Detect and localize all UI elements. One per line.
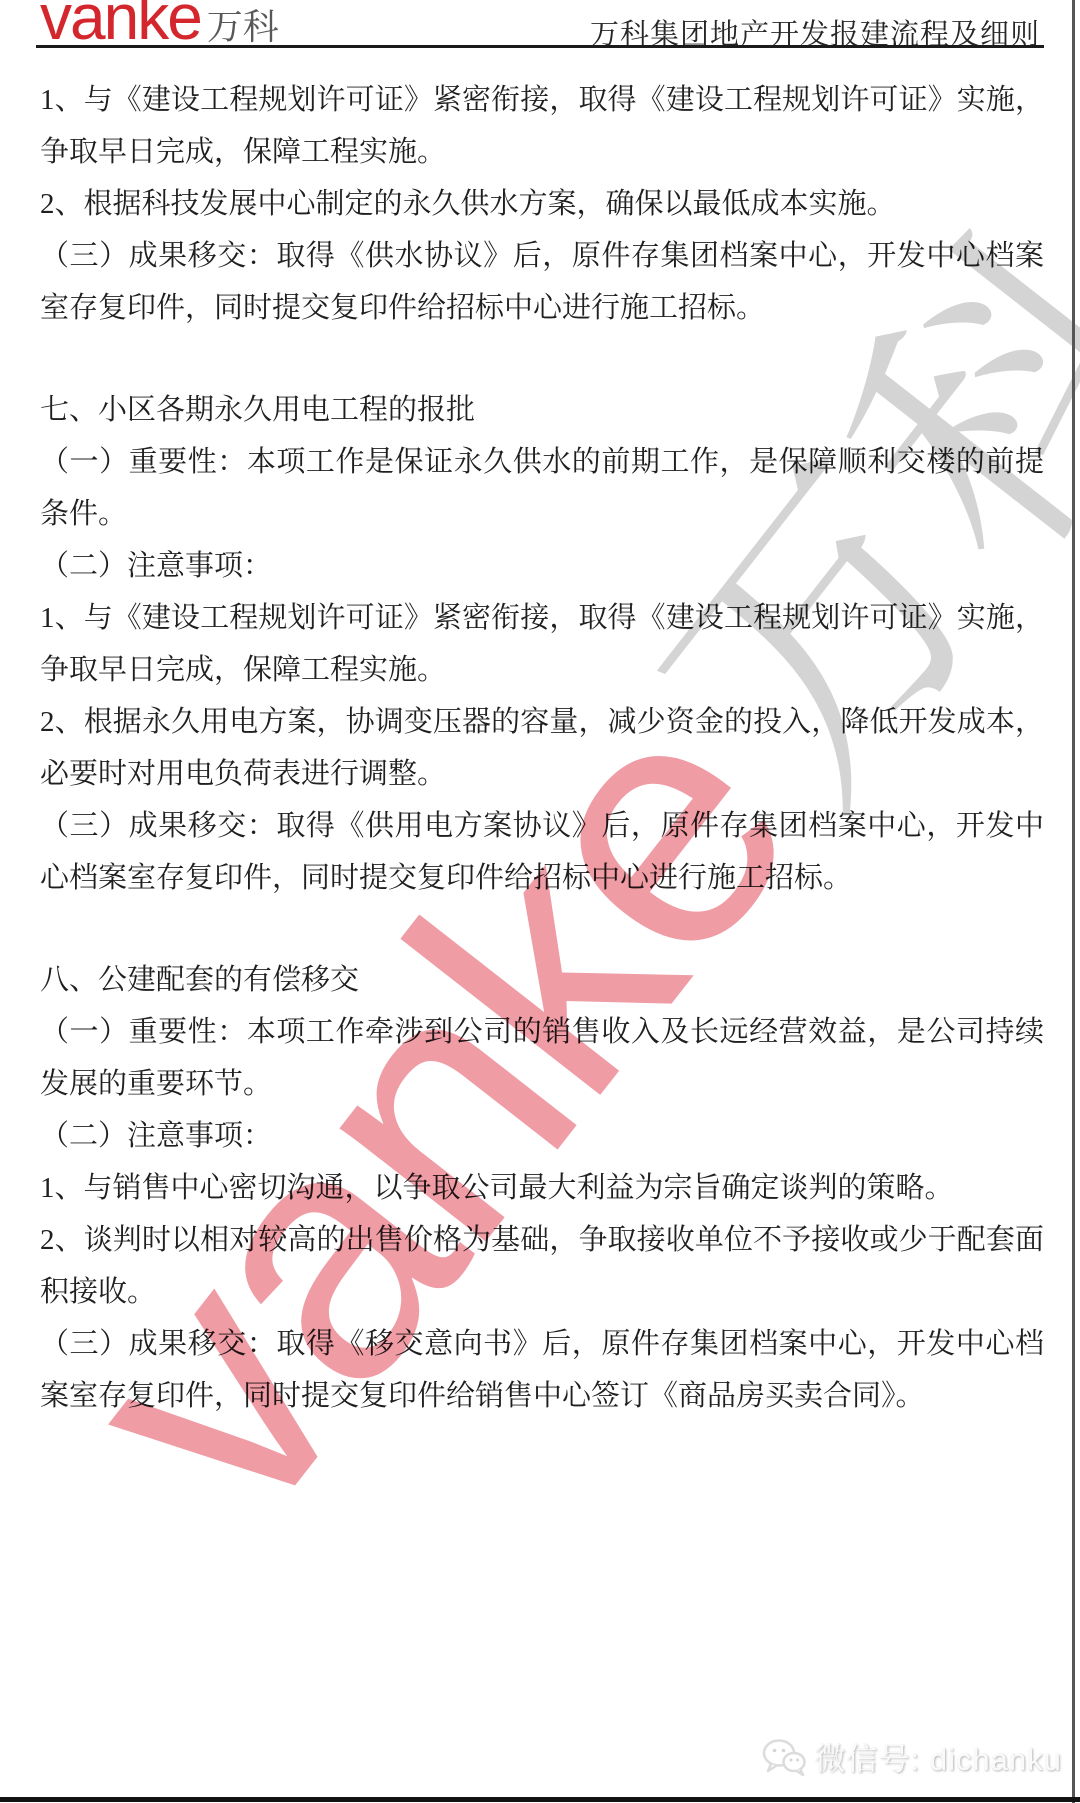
wechat-watermark: 微信号: dichanku — [761, 1734, 1062, 1779]
wechat-icon — [761, 1737, 807, 1777]
bottom-edge-border — [0, 1797, 1080, 1802]
logo-text-cjk: 万科 — [207, 6, 279, 47]
section-heading: 八、公建配套的有偿移交 — [40, 954, 1044, 1006]
paragraph: 2、根据科技发展中心制定的永久供水方案，确保以最低成本实施。 — [40, 178, 1044, 230]
paragraph: 2、根据永久用电方案，协调变压器的容量，减少资金的投入，降低开发成本，必要时对用… — [40, 696, 1044, 800]
paragraph: （三）成果移交：取得《移交意向书》后，原件存集团档案中心，开发中心档案室存复印件… — [40, 1318, 1044, 1422]
document-page: vanke万科 万科集团地产开发报建流程及细则 1、与《建设工程规划许可证》紧密… — [0, 0, 1080, 1803]
paragraph: 2、谈判时以相对较高的出售价格为基础，争取接收单位不予接收或少于配套面积接收。 — [40, 1214, 1044, 1318]
document-body: 1、与《建设工程规划许可证》紧密衔接，取得《建设工程规划许可证》实施，争取早日完… — [40, 74, 1044, 1422]
paragraph: （一）重要性：本项工作是保证永久供水的前期工作，是保障顺利交楼的前提条件。 — [40, 436, 1044, 540]
paragraph: （三）成果移交：取得《供水协议》后，原件存集团档案中心，开发中心档案室存复印件，… — [40, 230, 1044, 334]
section-heading: 七、小区各期永久用电工程的报批 — [40, 384, 1044, 436]
right-edge-border — [1072, 0, 1075, 1803]
paragraph: （一）重要性：本项工作牵涉到公司的销售收入及长远经营效益，是公司持续发展的重要环… — [40, 1006, 1044, 1110]
paragraph: （二）注意事项： — [40, 1110, 1044, 1162]
wechat-id-text: 微信号: dichanku — [815, 1734, 1062, 1779]
paragraph: 1、与销售中心密切沟通，以争取公司最大利益为宗旨确定谈判的策略。 — [40, 1162, 1044, 1214]
paragraph: 1、与《建设工程规划许可证》紧密衔接，取得《建设工程规划许可证》实施，争取早日完… — [40, 74, 1044, 178]
paragraph: （二）注意事项： — [40, 540, 1044, 592]
header-divider — [36, 45, 1044, 48]
paragraph: （三）成果移交：取得《供用电方案协议》后，原件存集团档案中心，开发中心档案室存复… — [40, 800, 1044, 904]
paragraph: 1、与《建设工程规划许可证》紧密衔接，取得《建设工程规划许可证》实施，争取早日完… — [40, 592, 1044, 696]
